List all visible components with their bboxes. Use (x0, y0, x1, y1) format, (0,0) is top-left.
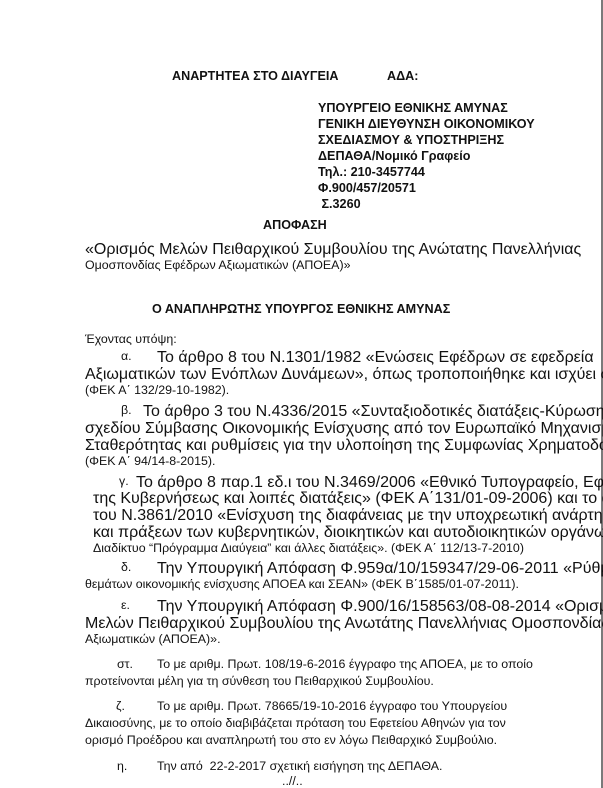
sender-file-number: Φ.900/457/20571 (318, 181, 416, 195)
ada-label: ΑΔΑ: (387, 69, 418, 83)
item-line: Το άρθρο 3 του Ν.4336/2015 «Συνταξιοδοτι… (143, 403, 519, 421)
item-line: προτείνονται μέλη για τη σύνθεση του Πει… (85, 674, 434, 688)
sender-line: ΔΕΠΑΘΑ/Νομικό Γραφείο (318, 149, 470, 163)
item-line: και πράξεων των κυβερνητικών, διοικητικώ… (93, 524, 520, 542)
decision-title: ΑΠΟΦΑΣΗ (263, 218, 327, 232)
item-line: Την Υπουργική Απόφαση Φ.959α/10/159347/2… (157, 560, 519, 578)
item-line: (ΦΕΚ Α΄ 94/14-8-2015). (85, 454, 215, 468)
item-line: Το με αριθμ. Πρωτ. 108/19-6-2016 έγγραφο… (157, 657, 533, 671)
item-label: η. (117, 759, 127, 773)
item-line: της Κυβερνήσεως και λοιπές διατάξεις» (Φ… (93, 490, 520, 508)
item-line: σχεδίου Σύμβασης Οικονομικής Ενίσχυσης α… (85, 420, 518, 438)
item-line: του Ν.3861/2010 «Ενίσχυση της διαφάνειας… (93, 507, 520, 525)
document-page: ΑΝΑΡΤΗΤΕΑ ΣΤΟ ΔΙΑΥΓΕΙΑ ΑΔΑ: ΥΠΟΥΡΓΕΙΟ ΕΘ… (0, 0, 603, 788)
item-line: Το άρθρο 8 του Ν.1301/1982 «Ενώσεις Εφέδ… (157, 349, 519, 367)
item-line: Μελών Πειθαρχικού Συμβουλίου της Ανωτάτη… (85, 615, 518, 633)
item-label: β. (121, 403, 132, 417)
item-line: θεμάτων οικονομικής ενίσχυσης ΑΠΟΕΑ και … (85, 577, 519, 591)
sender-line: ΣΧΕΔΙΑΣΜΟΥ & ΥΠΟΣΤΗΡΙΞΗΣ (318, 133, 504, 147)
item-line: Διαδίκτυο “Πρόγραμμα Διαύγεια” και άλλες… (93, 541, 524, 555)
publish-notice: ΑΝΑΡΤΗΤΕΑ ΣΤΟ ΔΙΑΥΓΕΙΑ (172, 69, 338, 83)
item-label: α. (121, 349, 132, 363)
item-line: Δικαιοσύνης, με το οποίο διαβιβάζεται πρ… (85, 716, 506, 730)
sender-sigma-number: Σ.3260 (318, 197, 361, 211)
item-line: Σταθερότητας και ρυθμίσεις για την υλοπο… (85, 437, 518, 455)
item-label: ζ. (116, 699, 125, 713)
item-label: δ. (121, 560, 131, 574)
item-label: ε. (121, 598, 130, 612)
subject-line: «Ορισμός Μελών Πειθαρχικού Συμβουλίου τη… (85, 241, 519, 259)
item-label: γ. (119, 474, 129, 488)
item-line: (ΦΕΚ Α΄ 132/29-10-1982). (85, 383, 229, 397)
sender-line: ΓΕΝΙΚΗ ΔΙΕΥΘΥΝΣΗ ΟΙΚΟΝΟΜΙΚΟΥ (318, 117, 535, 131)
item-line: Αξιωματικών (ΑΠΟΕΑ)». (85, 632, 221, 646)
item-line: Αξιωματικών των Ενόπλων Δυνάμεων», όπως … (85, 366, 518, 384)
item-line: ορισμό Προέδρου και αναπληρωτή του στο ε… (85, 733, 497, 747)
item-line: Την από 22-2-2017 σχετική εισήγηση της Δ… (157, 759, 442, 773)
sender-line: ΥΠΟΥΡΓΕΙΟ ΕΘΝΙΚΗΣ ΑΜΥΝΑΣ (318, 101, 508, 115)
sender-phone: Τηλ.: 210-3457744 (318, 165, 425, 179)
item-line: Το με αριθμ. Πρωτ. 78665/19-10-2016 έγγρ… (157, 699, 507, 713)
authority-heading: Ο ΑΝΑΠΛΗΡΩΤΗΣ ΥΠΟΥΡΓΟΣ ΕΘΝΙΚΗΣ ΑΜΥΝΑΣ (152, 302, 450, 316)
considering-label: Έχοντας υπόψη: (85, 332, 177, 346)
item-label: στ. (117, 657, 133, 671)
continuation-mark: ..//.. (282, 774, 303, 788)
item-line: Την Υπουργική Απόφαση Φ.900/16/158563/08… (157, 598, 519, 616)
subject-line: Ομοσπονδίας Εφέδρων Αξιωματικών (ΑΠΟΕΑ)» (85, 258, 350, 272)
